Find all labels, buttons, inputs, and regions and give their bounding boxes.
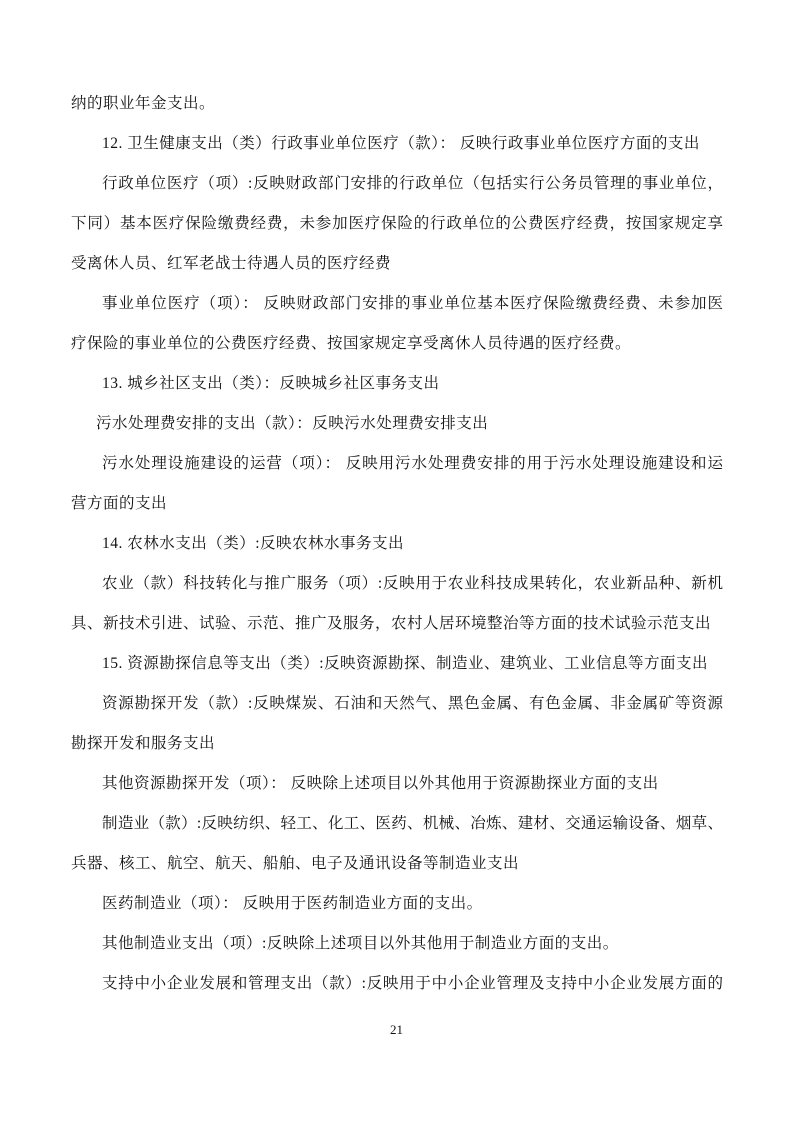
text-line: 下同）基本医疗保险缴费经费，未参加医疗保险的行政单位的公费医疗经费，按国家规定享	[71, 204, 723, 244]
text-line: 15. 资源勘探信息等支出（类）:反映资源勘探、制造业、建筑业、工业信息等方面支…	[71, 644, 723, 684]
text-line: 营方面的支出	[71, 484, 723, 524]
text-line: 疗保险的事业单位的公费医疗经费、按国家规定享受离休人员待遇的医疗经费。	[71, 324, 723, 364]
text-line: 受离休人员、红军老战士待遇人员的医疗经费	[71, 244, 723, 284]
text-line: 医药制造业（项）： 反映用于医药制造业方面的支出。	[71, 884, 723, 924]
text-line: 制造业（款）:反映纺织、轻工、化工、医药、机械、冶炼、建材、交通运输设备、烟草、	[71, 804, 723, 844]
text-line: 行政单位医疗（项）:反映财政部门安排的行政单位（包括实行公务员管理的事业单位，	[71, 164, 723, 204]
document-page: 纳的职业年金支出。 12. 卫生健康支出（类）行政事业单位医疗（款）： 反映行政…	[0, 0, 793, 1122]
text-line: 事业单位医疗（项）： 反映财政部门安排的事业单位基本医疗保险缴费经费、未参加医	[71, 284, 723, 324]
text-line: 12. 卫生健康支出（类）行政事业单位医疗（款）： 反映行政事业单位医疗方面的支…	[71, 124, 723, 164]
text-line: 其他资源勘探开发（项）： 反映除上述项目以外其他用于资源勘探业方面的支出	[71, 764, 723, 804]
text-line: 兵器、核工、航空、航天、船舶、电子及通讯设备等制造业支出	[71, 844, 723, 884]
text-line: 支持中小企业发展和管理支出（款）:反映用于中小企业管理及支持中小企业发展方面的	[71, 964, 723, 1004]
text-line: 勘探开发和服务支出	[71, 724, 723, 764]
text-line: 农业（款）科技转化与推广服务（项）:反映用于农业科技成果转化，农业新品种、新机	[71, 564, 723, 604]
page-number: 21	[0, 1020, 793, 1040]
text-line: 13. 城乡社区支出（类）：反映城乡社区事务支出	[71, 364, 723, 404]
text-line: 其他制造业支出（项）:反映除上述项目以外其他用于制造业方面的支出。	[71, 924, 723, 964]
document-text: 纳的职业年金支出。 12. 卫生健康支出（类）行政事业单位医疗（款）： 反映行政…	[71, 84, 723, 1004]
text-line: 污水处理费安排的支出（款）：反映污水处理费安排支出	[71, 404, 723, 444]
text-line: 纳的职业年金支出。	[71, 84, 723, 124]
text-line: 污水处理设施建设的运营（项）： 反映用污水处理费安排的用于污水处理设施建设和运	[71, 444, 723, 484]
text-line: 具、新技术引进、试验、示范、推广及服务，农村人居环境整治等方面的技术试验示范支出	[71, 604, 723, 644]
text-line: 资源勘探开发（款）:反映煤炭、石油和天然气、黑色金属、有色金属、非金属矿等资源	[71, 684, 723, 724]
text-line: 14. 农林水支出（类）:反映农林水事务支出	[71, 524, 723, 564]
